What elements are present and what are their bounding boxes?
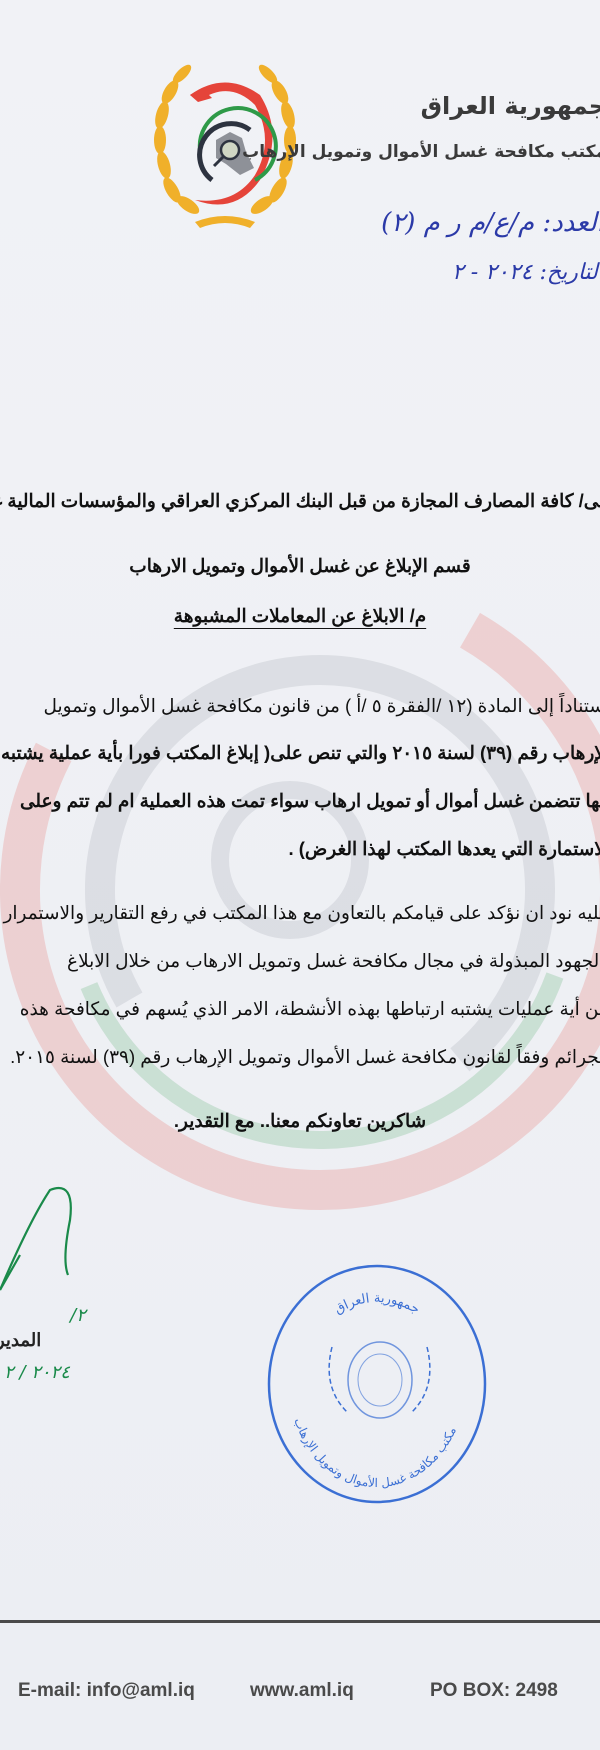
- paragraph1-line: استناداً إلى المادة (١٢ /الفقرة ٥ /أ ) م…: [44, 695, 600, 717]
- footer-divider: [0, 1620, 600, 1623]
- paragraph1-line: أنها تتضمن غسل أموال أو تمويل ارهاب سواء…: [20, 790, 600, 812]
- stamp-bottom-text: مكتب مكافحة غسل الأموال وتمويل الإرهاب: [291, 1416, 459, 1490]
- org-title: جمهورية العراق: [421, 92, 600, 120]
- footer-po-box: PO BOX: 2498: [430, 1680, 558, 1702]
- paragraph2-line: عليه نود ان نؤكد على قيامكم بالتعاون مع …: [3, 902, 600, 924]
- document-page: جمهورية العراق مكتب مكافحة غسل الأموال و…: [0, 0, 600, 1750]
- subject-line: م/ الابلاغ عن المعاملات المشبوهة: [0, 605, 600, 627]
- svg-text:جمهورية العراق: جمهورية العراق: [332, 1291, 422, 1317]
- handwritten-mark: /٢: [70, 1305, 86, 1326]
- official-stamp-icon: جمهورية العراق مكتب مكافحة غسل الأموال و…: [262, 1262, 492, 1507]
- paragraph2-line: الجرائم وفقاً لقانون مكافحة غسل الأموال …: [10, 1046, 600, 1068]
- paragraph2-line: بالجهود المبذولة في مجال مكافحة غسل وتمو…: [67, 950, 600, 972]
- signer-title: المدير: [0, 1330, 41, 1351]
- footer-email: E-mail: info@aml.iq: [18, 1680, 195, 1702]
- handwritten-ref-date: التاريخ: ٢٠٢٤ - ٢: [452, 260, 600, 285]
- paragraph1-line: الإرهاب رقم (٣٩) لسنة ٢٠١٥ والتي تنص على…: [1, 742, 600, 764]
- handwritten-ref-number: العدد: م/ع/م ر م (٢): [381, 208, 600, 238]
- subject-text: م/ الابلاغ عن المعاملات المشبوهة: [174, 605, 426, 626]
- aml-office-logo-icon: [150, 40, 300, 240]
- footer-website: www.aml.iq: [250, 1680, 354, 1702]
- addressee-line: الى/ كافة المصارف المجازة من قبل البنك ا…: [0, 490, 600, 512]
- svg-text:مكتب مكافحة غسل الأموال وتمويل: مكتب مكافحة غسل الأموال وتمويل الإرهاب: [291, 1416, 459, 1490]
- department-line: قسم الإبلاغ عن غسل الأموال وتمويل الارها…: [0, 555, 600, 577]
- paragraph1-line: الاستمارة التي يعدها المكتب لهذا الغرض) …: [288, 838, 600, 860]
- stamp-top-text: جمهورية العراق: [332, 1291, 422, 1317]
- closing-line: شاكرين تعاونكم معنا.. مع التقدير.: [0, 1110, 600, 1132]
- handwritten-signature-date: ٢٠٢٤ / ٢: [4, 1362, 70, 1383]
- signature-icon: [0, 1180, 100, 1320]
- paragraph2-line: عن أية عمليات يشتبه ارتباطها بهذه الأنشط…: [20, 998, 600, 1020]
- org-subtitle: مكتب مكافحة غسل الأموال وتمويل الإرهاب: [242, 142, 600, 162]
